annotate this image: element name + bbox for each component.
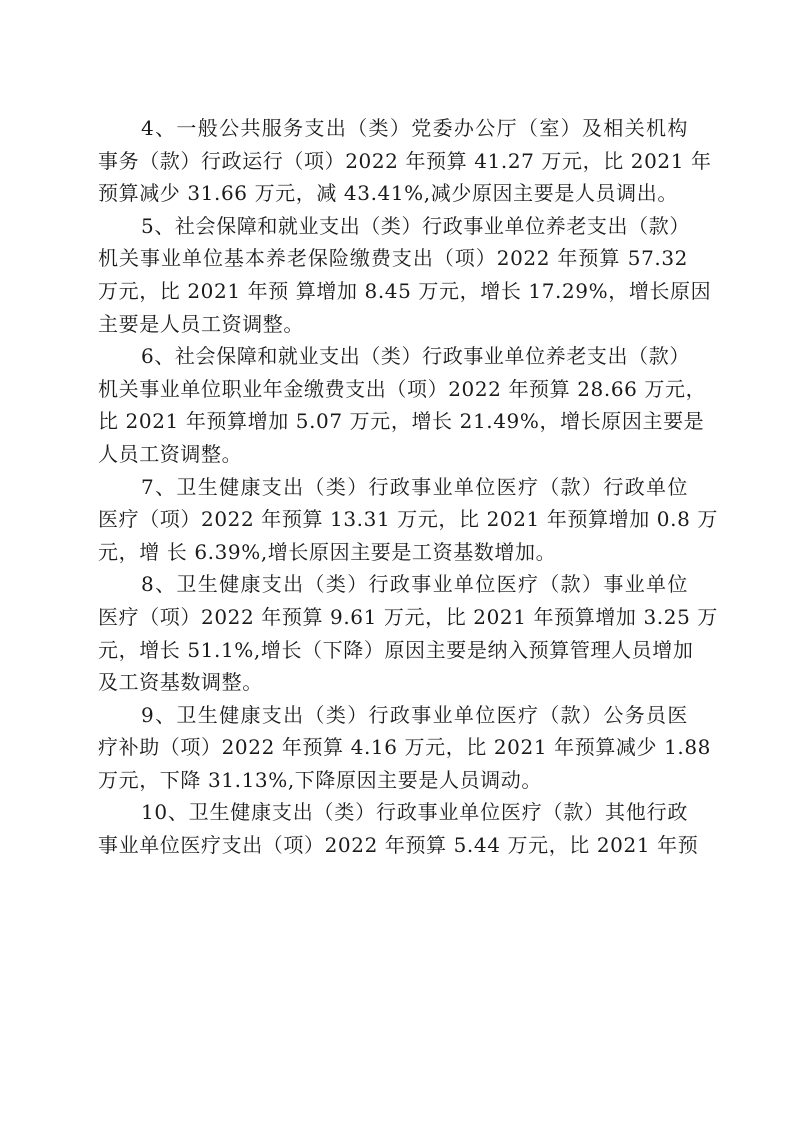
paragraph-item-8: 8、卫生健康支出（类）行政事业单位医疗（款）事业单位 医疗（项）2022 年预算… [98,568,688,698]
text-line: 8、卫生健康支出（类）行政事业单位医疗（款）事业单位 [98,568,688,601]
text-line: 机关事业单位职业年金缴费支出（项）2022 年预算 28.66 万元， [98,373,688,406]
text-line: 医疗（项）2022 年预算 13.31 万元，比 2021 年预算增加 0.8 … [98,503,688,536]
paragraph-item-4: 4、一般公共服务支出（类）党委办公厅（室）及相关机构 事务（款）行政运行（项）2… [98,112,688,210]
text-line: 5、社会保障和就业支出（类）行政事业单位养老支出（款） [98,210,688,243]
text-line: 主要是人员工资调整。 [98,308,688,341]
text-line: 机关事业单位基本养老保险缴费支出（项）2022 年预算 57.32 [98,242,688,275]
text-line: 疗补助（项）2022 年预算 4.16 万元，比 2021 年预算减少 1.88 [98,731,688,764]
text-line: 10、卫生健康支出（类）行政事业单位医疗（款）其他行政 [98,796,688,829]
text-line: 医疗（项）2022 年预算 9.61 万元，比 2021 年预算增加 3.25 … [98,601,688,634]
text-line: 人员工资调整。 [98,438,688,471]
paragraph-item-9: 9、卫生健康支出（类）行政事业单位医疗（款）公务员医 疗补助（项）2022 年预… [98,699,688,797]
text-line: 9、卫生健康支出（类）行政事业单位医疗（款）公务员医 [98,699,688,732]
text-line: 事业单位医疗支出（项）2022 年预算 5.44 万元，比 2021 年预 [98,829,688,862]
paragraph-item-5: 5、社会保障和就业支出（类）行政事业单位养老支出（款） 机关事业单位基本养老保险… [98,210,688,340]
text-line: 万元，比 2021 年预 算增加 8.45 万元，增长 17.29%，增长原因 [98,275,688,308]
paragraph-item-7: 7、卫生健康支出（类）行政事业单位医疗（款）行政单位 医疗（项）2022 年预算… [98,471,688,569]
text-line: 6、社会保障和就业支出（类）行政事业单位养老支出（款） [98,340,688,373]
text-line: 及工资基数调整。 [98,666,688,699]
text-line: 比 2021 年预算增加 5.07 万元，增长 21.49%，增长原因主要是 [98,405,688,438]
text-line: 事务（款）行政运行（项）2022 年预算 41.27 万元，比 2021 年 [98,145,688,178]
text-line: 4、一般公共服务支出（类）党委办公厅（室）及相关机构 [98,112,688,145]
text-line: 元，增 长 6.39%,增长原因主要是工资基数增加。 [98,536,688,569]
text-line: 万元，下降 31.13%,下降原因主要是人员调动。 [98,764,688,797]
paragraph-item-6: 6、社会保障和就业支出（类）行政事业单位养老支出（款） 机关事业单位职业年金缴费… [98,340,688,470]
paragraph-item-10: 10、卫生健康支出（类）行政事业单位医疗（款）其他行政 事业单位医疗支出（项）2… [98,796,688,861]
text-line: 7、卫生健康支出（类）行政事业单位医疗（款）行政单位 [98,471,688,504]
text-line: 元，增长 51.1%,增长（下降）原因主要是纳入预算管理人员增加 [98,634,688,667]
text-line: 预算减少 31.66 万元，减 43.41%,减少原因主要是人员调出。 [98,177,688,210]
document-page: 4、一般公共服务支出（类）党委办公厅（室）及相关机构 事务（款）行政运行（项）2… [98,112,688,862]
